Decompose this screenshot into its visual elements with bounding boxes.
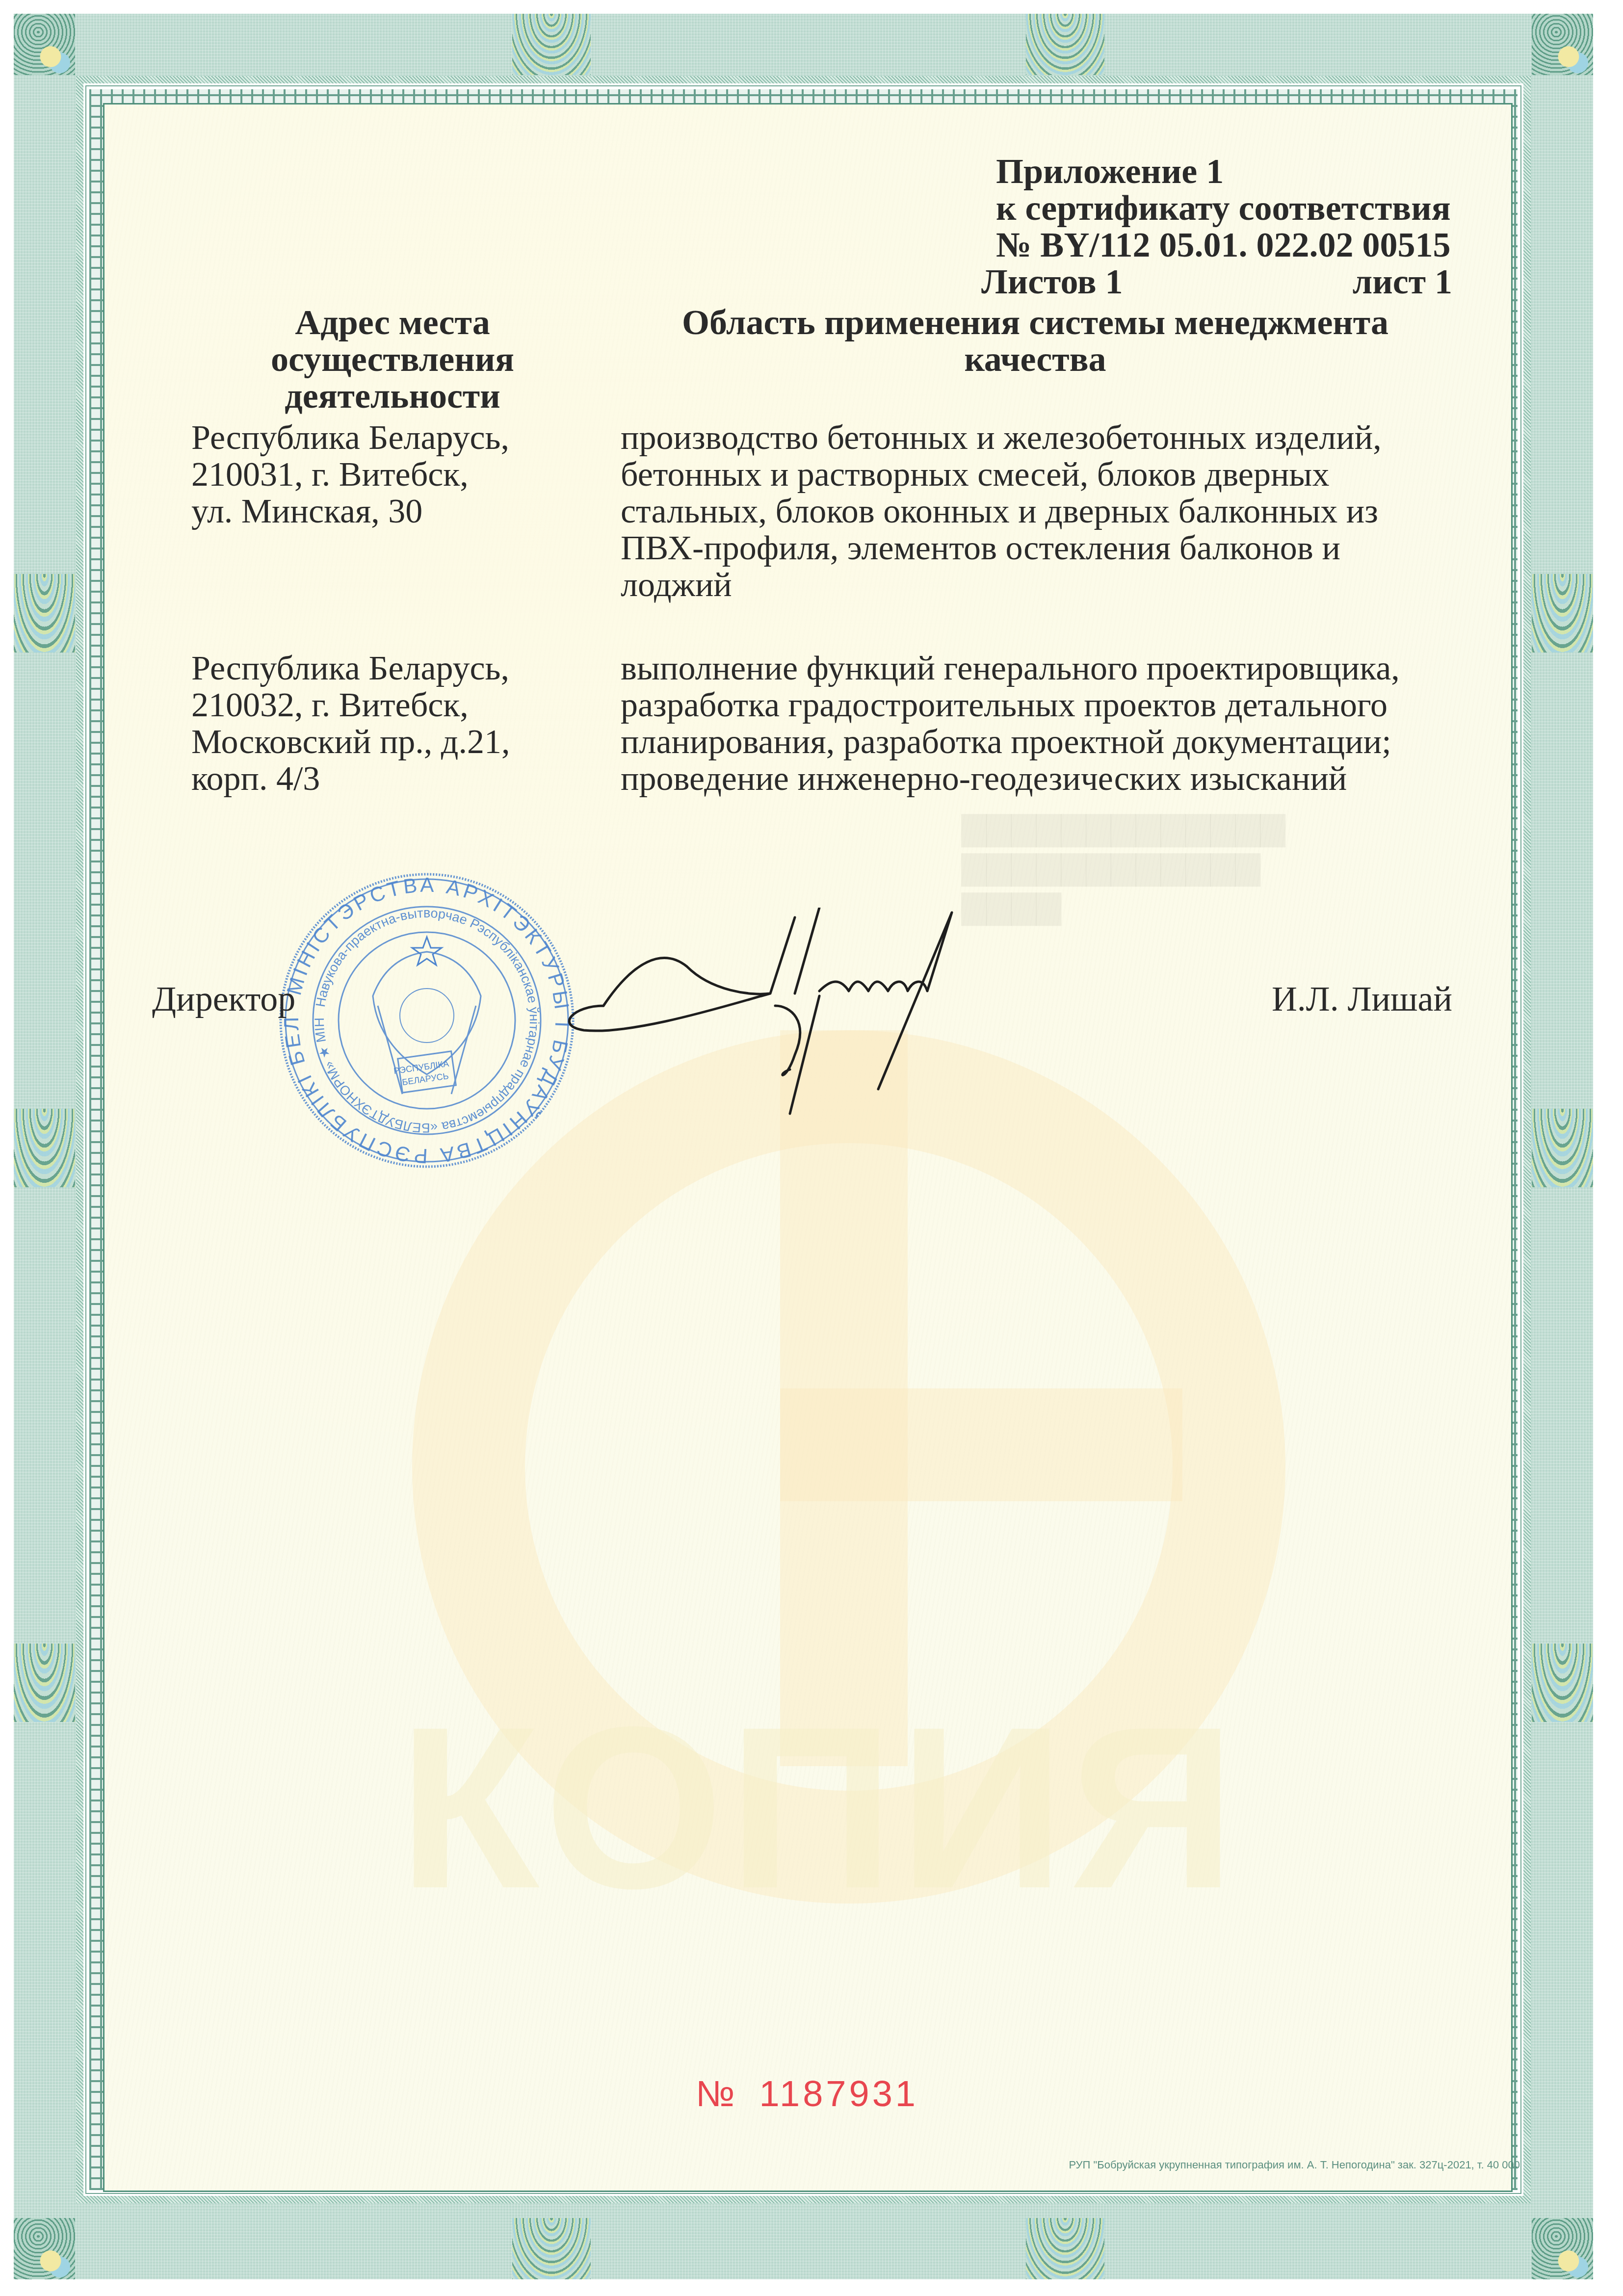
certificate-number: № BY/112 05.01. 022.02 00515	[996, 227, 1467, 263]
column-header-scope: Область применения системы менеджмента к…	[677, 304, 1393, 378]
table-row-1-address: Республика Беларусь, 210031, г. Витебск,…	[191, 419, 594, 530]
border-ornament	[14, 1109, 75, 1187]
handwritten-signature	[564, 908, 1030, 1123]
sheets-total: Листов 1	[981, 263, 1123, 300]
signatory-position: Директор	[152, 979, 295, 1019]
column-header-line: качества	[677, 341, 1393, 378]
column-header-line: Адрес места	[245, 304, 540, 341]
table-row-1-scope: производство бетонных и железобетонных и…	[621, 419, 1455, 603]
column-header-line: Область применения системы менеджмента	[677, 304, 1393, 341]
serial-number-value: 1187931	[759, 2073, 918, 2114]
table-row-2-address: Республика Беларусь, 210032, г. Витебск,…	[191, 650, 594, 797]
column-header-line: осуществления	[245, 341, 540, 378]
border-ornament	[512, 2218, 591, 2279]
signatory-name: И.Л. Лишай	[1272, 979, 1452, 1019]
corner-ornament-top-right	[1532, 14, 1593, 75]
form-serial-number: №1187931	[696, 2073, 918, 2114]
sheet-info: Листов 1 лист 1	[981, 263, 1452, 300]
printer-imprint: РУП "Бобруйская укрупненная типография и…	[1069, 2159, 1520, 2171]
border-ornament	[1532, 574, 1593, 652]
corner-ornament-top-left	[14, 14, 75, 75]
border-ornament	[512, 14, 591, 75]
annex-label: Приложение 1	[996, 153, 1467, 190]
border-ornament	[1532, 1644, 1593, 1722]
corner-ornament-bottom-right	[1532, 2218, 1593, 2279]
sheet-current: лист 1	[1353, 263, 1452, 300]
border-ornament	[14, 1644, 75, 1722]
table-row-2-scope: выполнение функций генерального проектир…	[621, 650, 1455, 797]
official-seal-stamp: МІНІСТЭРСТВА АРХІТЭКТУРЫ І БУДАЎНІЦТВА Р…	[275, 868, 579, 1173]
border-ornament	[1532, 1109, 1593, 1187]
annex-to-certificate: к сертификату соответствия	[996, 190, 1467, 227]
border-ornament	[1026, 14, 1104, 75]
number-sign: №	[696, 2073, 737, 2114]
column-header-address: Адрес места осуществления деятельности	[245, 304, 540, 415]
annex-header: Приложение 1 к сертификату соответствия …	[996, 153, 1467, 300]
border-ornament	[1026, 2218, 1104, 2279]
column-header-line: деятельности	[245, 378, 540, 415]
border-ornament	[14, 574, 75, 652]
watermark-copy-text: КОПИЯ	[383, 1693, 1256, 1923]
corner-ornament-bottom-left	[14, 2218, 75, 2279]
